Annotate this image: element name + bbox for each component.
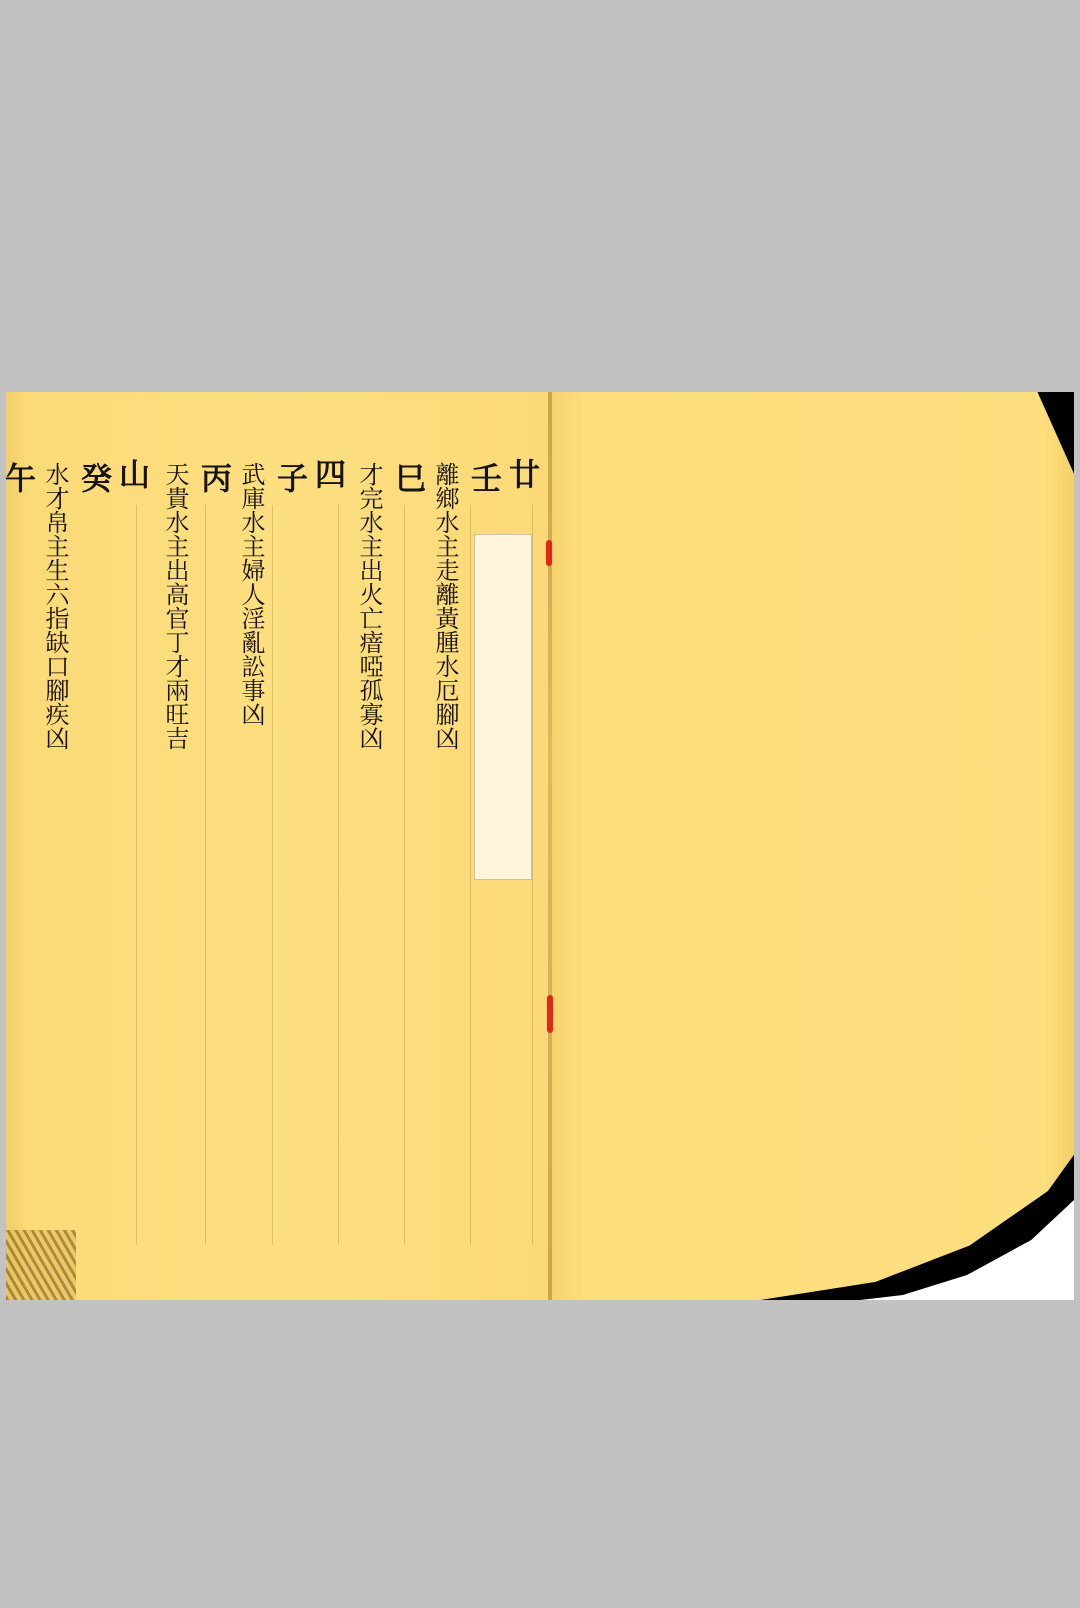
- mountain-char: 子: [270, 462, 308, 1238]
- upper-text: 水才帛主生六指缺口腳疾凶: [36, 462, 74, 1238]
- mountain-char: 午: [0, 462, 36, 1238]
- mountain-char: 巳: [388, 462, 426, 1238]
- upper-text: 武庫水主婦人淫亂訟事凶: [232, 462, 270, 1238]
- column-pair: 山 癸 水才帛主生六指缺口腳疾凶 午 紅旗水主榮身出官因妻女得吉 天 丑 血刃水…: [0, 458, 150, 1238]
- mountain-char: 丙: [194, 462, 232, 1238]
- mountain-char: 癸: [74, 462, 112, 1238]
- right-page-blank: [552, 392, 1074, 1300]
- text-column: 廿 壬 離鄉水主走離黃腫水厄腳凶 巳 才完水主出火亡瘖啞孤寡凶: [350, 458, 540, 1238]
- book-gutter: [548, 392, 552, 1300]
- red-ink-mark: [547, 995, 553, 1033]
- manuscript-text: 廿 壬 離鄉水主走離黃腫水厄腳凶 巳 才完水主出火亡瘖啞孤寡凶 四 子 武庫水主…: [130, 458, 540, 1238]
- lower-text: 才完水主出火亡瘖啞孤寡凶: [350, 462, 388, 1238]
- column-pair: 廿 壬 離鄉水主走離黃腫水厄腳凶 巳 才完水主出火亡瘖啞孤寡凶 四 子 武庫水主…: [156, 458, 540, 1238]
- worn-corner: [6, 1230, 76, 1300]
- header-char: 四: [308, 458, 346, 1238]
- header-char: 廿: [502, 458, 540, 1238]
- header-char: 山: [112, 458, 150, 1238]
- mountain-char: 壬: [464, 462, 502, 1238]
- text-column: 四 子 武庫水主婦人淫亂訟事凶 丙 天貴水主出高官丁才兩旺吉: [156, 458, 346, 1238]
- text-column: 山 癸 水才帛主生六指缺口腳疾凶 午 紅旗水主榮身出官因妻女得吉: [0, 458, 150, 1238]
- red-ink-mark: [546, 540, 552, 566]
- lower-text: 天貴水主出高官丁才兩旺吉: [156, 462, 194, 1238]
- upper-text: 離鄉水主走離黃腫水厄腳凶: [426, 462, 464, 1238]
